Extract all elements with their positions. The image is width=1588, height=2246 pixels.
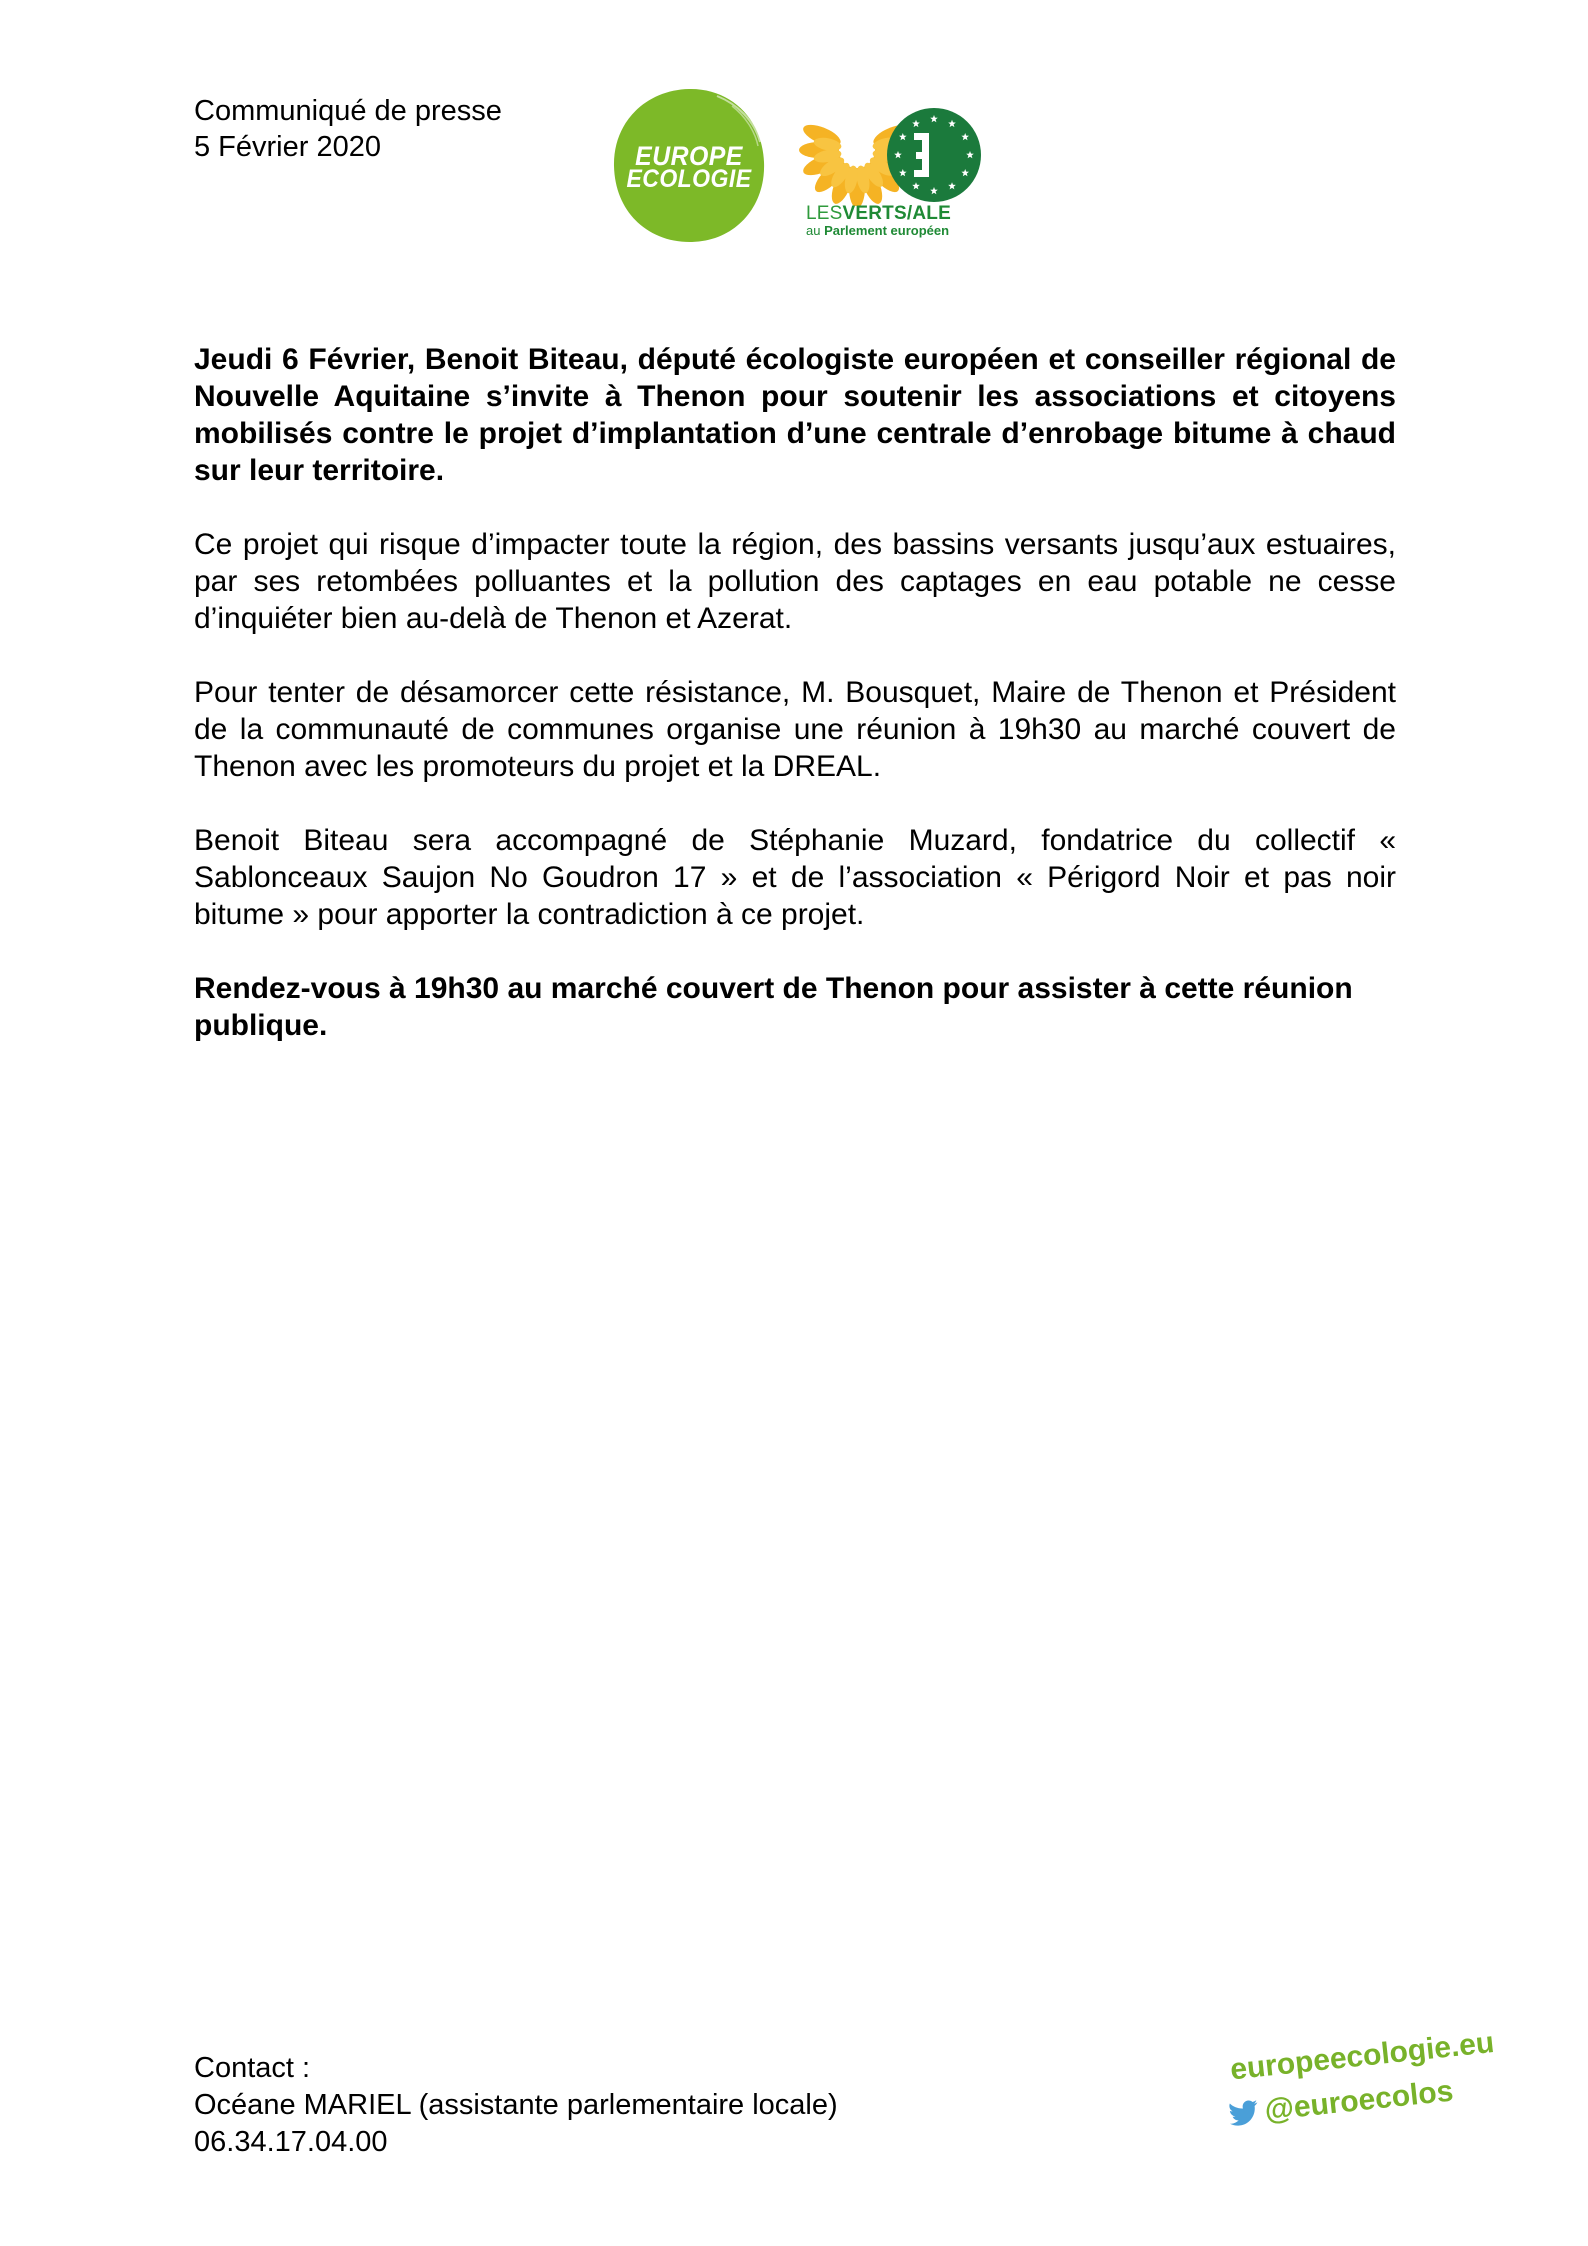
logo-text-ecologie: ECOLOGIE — [618, 165, 760, 194]
document-type: Communiqué de presse — [194, 93, 502, 129]
verts-ale-logo: LESVERTS/ALE au Parlement européen — [795, 88, 995, 248]
subtitle-au: au — [806, 223, 824, 238]
press-release-body: Jeudi 6 Février, Benoit Biteau, député é… — [194, 341, 1396, 1081]
contact-name: Océane MARIEL (assistante parlementaire … — [194, 2087, 838, 2124]
sunflower-emblem-icon — [795, 88, 995, 206]
release-date: 5 Février 2020 — [194, 129, 502, 165]
press-release-header: Communiqué de presse 5 Février 2020 — [194, 93, 502, 165]
paragraph-accompaniment: Benoit Biteau sera accompagné de Stéphan… — [194, 822, 1396, 933]
paragraph-impact: Ce projet qui risque d’impacter toute la… — [194, 526, 1396, 637]
paragraph-meeting: Pour tenter de désamorcer cette résistan… — [194, 674, 1396, 785]
paragraph-intro: Jeudi 6 Février, Benoit Biteau, député é… — [194, 341, 1396, 489]
paragraph-rendezvous: Rendez-vous à 19h30 au marché couvert de… — [194, 970, 1396, 1044]
website-link[interactable]: europeecologie.eu — [1229, 2026, 1496, 2088]
title-verts: VERTS — [843, 203, 907, 224]
europe-ecologie-logo: EUROPE ECOLOGIE — [612, 86, 766, 244]
twitter-bird-icon — [1228, 2099, 1261, 2128]
verts-ale-subtitle: au Parlement européen — [806, 224, 949, 238]
contact-phone[interactable]: 06.34.17.04.00 — [194, 2124, 838, 2161]
contact-label: Contact : — [194, 2050, 838, 2087]
contact-block: Contact : Océane MARIEL (assistante parl… — [194, 2050, 838, 2161]
verts-ale-title: LESVERTS/ALE — [806, 204, 951, 224]
title-les: LES — [806, 203, 843, 224]
title-ale: /ALE — [907, 203, 951, 224]
social-links: europeecologie.eu @euroecolos — [1222, 2025, 1472, 2159]
subtitle-parlement: Parlement européen — [824, 223, 949, 238]
twitter-handle: @euroecolos — [1263, 2074, 1455, 2128]
